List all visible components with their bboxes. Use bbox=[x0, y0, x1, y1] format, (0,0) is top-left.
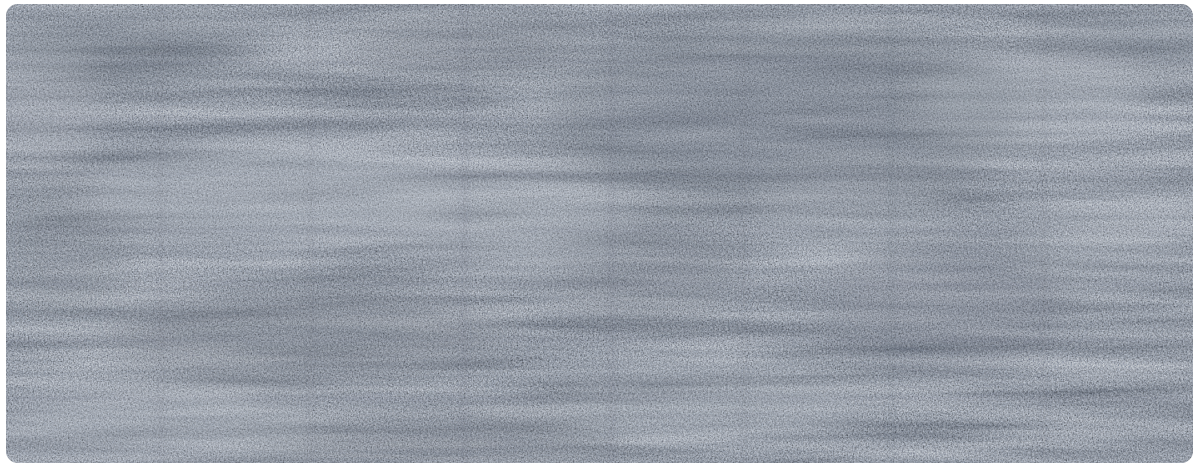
rug-texture-canvas bbox=[6, 4, 1193, 463]
rug-product-photo bbox=[0, 0, 1200, 473]
rug bbox=[6, 4, 1193, 463]
rug-grain-overlay bbox=[6, 4, 1193, 463]
